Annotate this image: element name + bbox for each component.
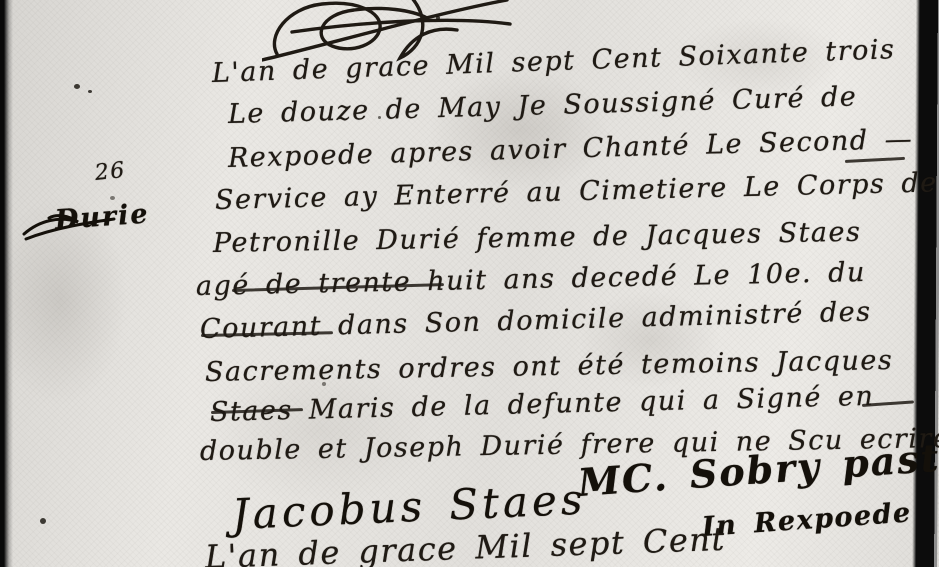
ink-speck xyxy=(322,382,326,386)
pastor-signature-place: In Rexpoede xyxy=(701,499,912,541)
binding-edge-left xyxy=(0,0,13,567)
record-line: Petronille Durié femme de Jacques Staes xyxy=(213,219,862,257)
ink-speck xyxy=(40,518,46,524)
pen-stroke xyxy=(845,157,905,163)
ink-speck xyxy=(378,116,381,119)
ink-speck xyxy=(436,16,440,20)
record-line: Sacrements ordres ont été temoins Jacque… xyxy=(205,347,894,386)
record-line: Rexpoede apres avoir Chanté Le Second — xyxy=(228,126,914,172)
record-line: Courant dans Son domicile administré des xyxy=(200,298,872,343)
manuscript-scan: 26 Durie L'an de grace Mil sept Cent Soi… xyxy=(0,0,939,567)
record-line: Le douze de May Je Soussigné Curé de xyxy=(228,83,858,128)
margin-entry-name: Durie xyxy=(54,200,150,234)
scan-edge-right xyxy=(912,0,939,567)
record-line: agé de trente huit ans decedé Le 10e. du xyxy=(196,259,866,300)
record-line: Service ay Enterré au Cimetiere Le Corps… xyxy=(215,169,938,214)
ink-speck xyxy=(110,196,115,200)
record-line: Staes Maris de la defunte qui a Signé en xyxy=(210,383,875,426)
ink-speck xyxy=(88,90,92,93)
margin-entry-number: 26 xyxy=(94,160,127,185)
ink-speck xyxy=(74,84,80,89)
